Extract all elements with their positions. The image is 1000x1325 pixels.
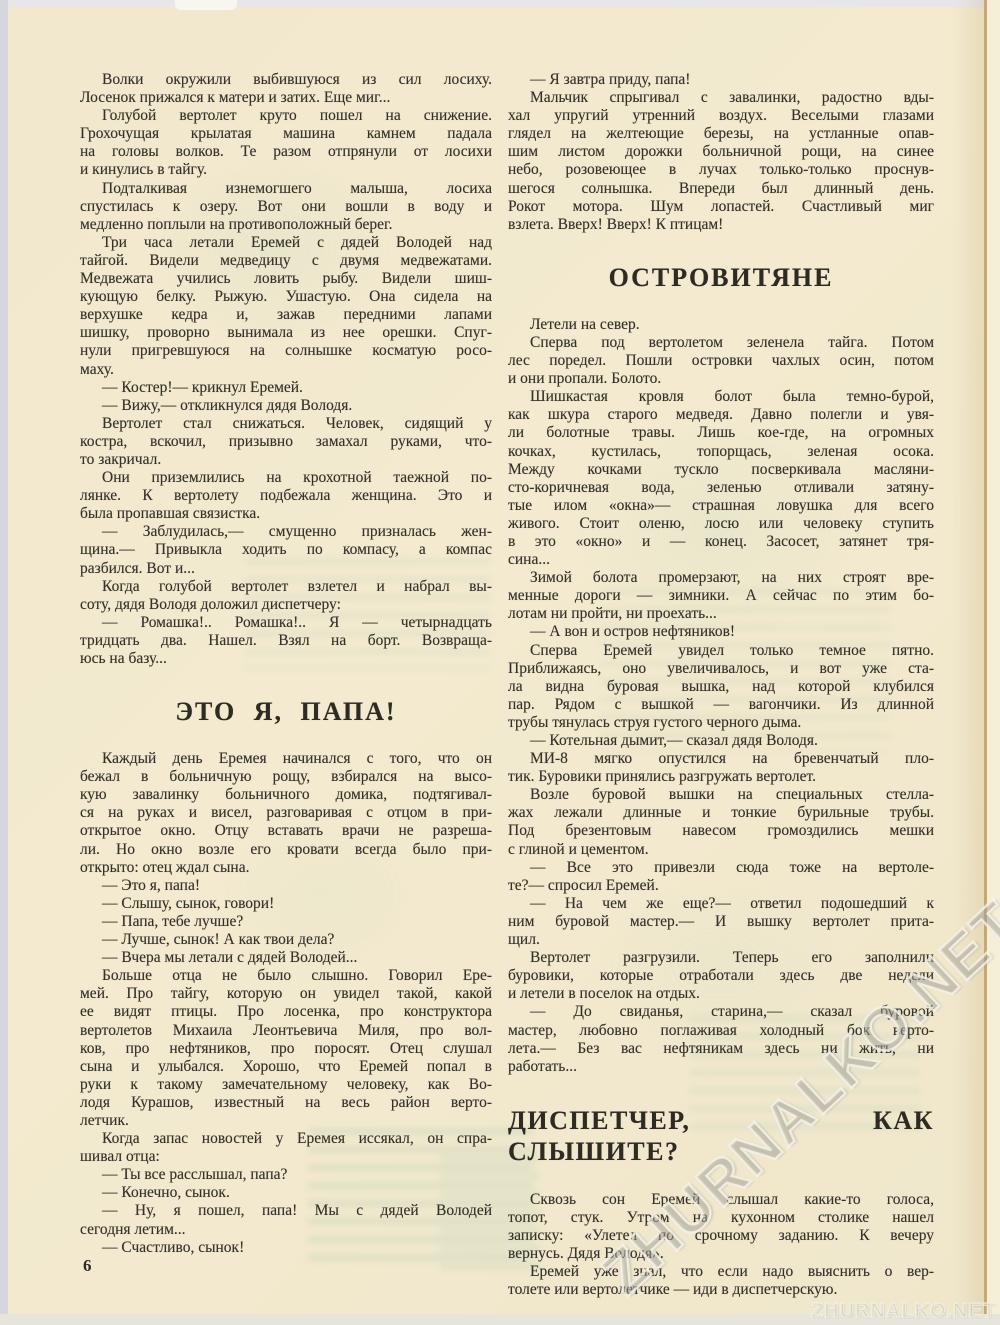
paragraph: Три часа летали Еремей с дядей Володей н… [80,234,492,379]
text-line: Голубой вертолет круто пошел на снижение… [80,107,492,125]
paragraph: Вертолет стал снижаться. Человек, сидящи… [80,415,492,469]
text-line: ла видна буровая вышка, над которой клуб… [508,678,934,696]
text-line: Медвежата учились ловить рыбу. Видели ши… [80,270,492,288]
paragraph: — Ты все расслышал, папа? [80,1166,492,1184]
text-line: Когда голубой вертолет взлетел и набрал … [80,578,492,596]
text-line: Они приземлились на крохотной таежной по… [80,469,492,487]
text-line: Грохочущая крылатая машина камнем падала [80,125,492,143]
text-line: открыто: отец ждал сына. [80,859,492,877]
text-line: ков, про нефтяников, про поросят. Отец с… [80,1040,492,1058]
text-line: вертолетов Михаила Леонтьевича Миля, про… [80,1022,492,1040]
text-line: Шишкастая кровля болот была темно-бурой, [508,388,934,406]
paragraph: — Счастливо, сынок! [80,1239,492,1257]
paragraph: — Все это привезли сюда тоже на вертоле-… [508,859,934,895]
text-line: кочках, кустилась, топорщась, зеленая ос… [508,443,934,461]
text-line: лодя Курашов, известный на весь район ве… [80,1094,492,1112]
text-line: — Вижу,— откликнулся дядя Володя. [80,397,492,415]
text-line: Подталкивая изнемогшего малыша, лосиха [80,180,492,198]
text-line: тик. Буровики принялись разгружать верто… [508,768,934,786]
text-line: лянке. К вертолету подбежала женщина. Эт… [80,487,492,505]
paragraph: — Это я, папа! [80,877,492,895]
text-line: Сквозь сон Еремей слышал какие-то голоса… [508,1191,934,1209]
text-line: тые илом «окна»— страшная ловушка для вс… [508,497,934,515]
scan-right-edge [987,0,1000,1325]
text-line: — Это я, папа! [80,877,492,895]
text-line: Волки окружили выбившуюся из сил лосиху. [80,71,492,89]
text-line: Вертолет стал снижаться. Человек, сидящи… [80,415,492,433]
paragraph: Вертолет разгрузили. Теперь его заполнил… [508,949,934,1003]
scan-top-edge [0,0,1000,7]
text-line: вернусь. Дядя Володя». [508,1245,934,1263]
text-line: Приближаясь, оно увеличивалось, и вот уж… [508,660,934,678]
text-line: бежал в больничную рощу, взбирался на вы… [80,768,492,786]
text-line: костра, вскочил, призывно замахал руками… [80,433,492,451]
text-line: хал упругий утренний воздух. Веселыми гл… [508,107,934,125]
paragraph: Они приземлились на крохотной таежной по… [80,469,492,523]
text-line: мастер, любовно поглаживая холодный бок … [508,1022,934,1040]
text-line: — Вчера мы летали с дядей Володей... [80,949,492,967]
text-line: Зимой болота промерзают, на них строят в… [508,569,934,587]
text-line: буровики, которые отработали здесь две н… [508,967,934,985]
text-line: сто-коричневая вода, зеленью отливали за… [508,479,934,497]
magazine-page: Волки окружили выбившуюся из сил лосиху.… [0,0,1000,1325]
text-line: — Ну, я пошел, папа! Мы с дядей Володей [80,1202,492,1220]
text-line: летчик. [80,1112,492,1130]
text-line: мей. Про тайгу, которую он увидел такой,… [80,985,492,1003]
paragraph: Возле буровой вышки на специальных стелл… [508,786,934,858]
text-line: Между кочками тускло посверкивала маслян… [508,461,934,479]
text-line: щил. [508,931,934,949]
text-line: глядел на желтеющие березы, на устланные… [508,125,934,143]
text-line: трубы тянулась струя густого черного дым… [508,714,934,732]
paragraph: Мальчик спрыгивал с завалинки, радостно … [508,89,934,234]
section-heading: ДИСПЕТЧЕР, КАК СЛЫШИТЕ? [508,1105,934,1167]
paragraph: Волки окружили выбившуюся из сил лосиху.… [80,71,492,107]
paragraph: — Папа, тебе лучше? [80,913,492,931]
text-line: спустилась к озеру. Вот они вошли в воду… [80,198,492,216]
text-line: и кинулись в тайгу. [80,161,492,179]
text-line: — На чем же еще?— ответил подошедший к [508,895,934,913]
text-line: Летели на север. [508,316,934,334]
paragraph: — Ну, я пошел, папа! Мы с дядей Володейс… [80,1202,492,1238]
text-line: Еремей уже знал, что если надо выяснить … [508,1263,934,1281]
text-line: — Ромашка!.. Ромашка!.. Я — четырнадцать [80,614,492,632]
paragraph: Больше отца не было слышно. Говорил Ере-… [80,967,492,1130]
text-line: Сперва Еремей увидел только темное пятно… [508,642,934,660]
paragraph: Когда запас новостей у Еремея иссякал, о… [80,1130,492,1166]
paragraph: Сквозь сон Еремей слышал какие-то голоса… [508,1191,934,1263]
text-line: ли болотные травы. Лишь кое-где, на огро… [508,424,934,442]
text-line: разбился. Вот и... [80,560,492,578]
text-line: Больше отца не было слышно. Говорил Ере- [80,967,492,985]
paragraph: — Заблудилась,— смущенно призналась жен-… [80,523,492,577]
text-line: лотам ни пройти, ни проехать... [508,605,934,623]
paragraph: Каждый день Еремея начинался с того, что… [80,750,492,877]
paragraph: Шишкастая кровля болот была темно-бурой,… [508,388,934,569]
scan-bottom-edge [0,1314,1000,1325]
text-line: Рокот мотора. Шум лопастей. Счастливый м… [508,198,934,216]
text-line: руки к такому замечательному человеку, к… [80,1076,492,1094]
text-line: сегодня летим... [80,1221,492,1239]
paragraph: Подталкивая изнемогшего малыша, лосихасп… [80,180,492,234]
text-line: работать... [508,1058,934,1076]
text-line: Мальчик спрыгивал с завалинки, радостно … [508,89,934,107]
paragraph: — Лучше, сынок! А как твои дела? [80,931,492,949]
paragraph: Сперва Еремей увидел только темное пятно… [508,642,934,732]
text-line: кующую белку. Рыжую. Ушастую. Она сидела… [80,288,492,306]
text-line: Когда запас новостей у Еремея иссякал, о… [80,1130,492,1148]
text-line: — Лучше, сынок! А как твои дела? [80,931,492,949]
paragraph: Летели на север. [508,316,934,334]
text-line: ее видят птицы. Про лосенка, про констру… [80,1003,492,1021]
text-line: МИ-8 мягко опустился на бревенчатый пло- [508,750,934,768]
text-line: Сперва под вертолетом зеленела тайга. По… [508,334,934,352]
text-line: небо, розовеющее в лучах только-только п… [508,161,934,179]
text-line: ся на руках и висел, разговаривая с отцо… [80,804,492,822]
text-line: щина.— Привыкла ходить по компасу, а ком… [80,541,492,559]
text-line: записку: «Улетел по срочному заданию. К … [508,1227,934,1245]
paragraph: — На чем же еще?— ответил подошедший кни… [508,895,934,949]
paragraph: Голубой вертолет круто пошел на снижение… [80,107,492,179]
text-line: сына и улыбался. Хорошо, что Еремей попа… [80,1058,492,1076]
text-line: была пропавшая связистка. [80,505,492,523]
text-line: ним буровой мастер.— И вышку вертолет пр… [508,913,934,931]
text-line: с глиной и цементом. [508,841,934,859]
left-column: Волки окружили выбившуюся из сил лосиху.… [80,71,492,1257]
text-line: открытое окно. Отцу вставать врачи не ра… [80,822,492,840]
text-line: Три часа летали Еремей с дядей Володей н… [80,234,492,252]
text-line: — Ты все расслышал, папа? [80,1166,492,1184]
text-line: соту, дядя Володя доложил диспетчеру: [80,596,492,614]
text-line: Вертолет разгрузили. Теперь его заполнил… [508,949,934,967]
paragraph: — Вчера мы летали с дядей Володей... [80,949,492,967]
text-line: — Счастливо, сынок! [80,1239,492,1257]
paragraph: — Котельная дымит,— сказал дядя Володя. [508,732,934,750]
paragraph: — Ромашка!.. Ромашка!.. Я — четырнадцать… [80,614,492,668]
paragraph: — Слышу, сынок, говори! [80,895,492,913]
text-line: нули пригревшуюся на солнышке косматую р… [80,342,492,360]
text-line: кую завалинку больничного домика, подтяг… [80,786,492,804]
text-line: Возле буровой вышки на специальных стелл… [508,786,934,804]
text-line: шивал отца: [80,1148,492,1166]
text-line: пар. Рядом с вышкой — вагончики. Из длин… [508,696,934,714]
text-line: Лосенок прижался к матери и затих. Еще м… [80,89,492,107]
text-line: то закричал. [80,451,492,469]
paragraph: — До свиданья, старина,— сказал буровойм… [508,1003,934,1075]
text-line: толете или вертолетчике — иди в диспетче… [508,1281,934,1299]
text-line: — Заблудилась,— смущенно призналась жен- [80,523,492,541]
text-line: те?— спросил Еремей. [508,877,934,895]
text-line: — Я завтра приду, папа! [508,71,934,89]
text-line: взлета. Вверх! Вверх! К птицам! [508,216,934,234]
text-line: медленно поплыли на противоположный бере… [80,216,492,234]
text-line: — Конечно, сынок. [80,1184,492,1202]
text-line: менные дороги — зимники. А сейчас по эти… [508,587,934,605]
paragraph: Сперва под вертолетом зеленела тайга. По… [508,334,934,388]
scan-top-notch [175,0,237,10]
text-line: лес поредел. Пошли островки чахлых осин,… [508,352,934,370]
text-line: живого. Стоит оленю, лосю или человеку с… [508,515,934,533]
paragraph: — Костер!— крикнул Еремей. [80,379,492,397]
text-line: маху. [80,361,492,379]
paragraph: — Я завтра приду, папа! [508,71,934,89]
scan-left-edge [0,0,8,1325]
paragraph: Еремей уже знал, что если надо выяснить … [508,1263,934,1299]
text-line: Каждый день Еремея начинался с того, что… [80,750,492,768]
text-line: — До свиданья, старина,— сказал буровой [508,1003,934,1021]
text-line: — Костер!— крикнул Еремей. [80,379,492,397]
text-line: жах лежали длинные и тонкие бурильные тр… [508,804,934,822]
section-heading: ЭТО Я, ПАПА! [80,696,492,727]
text-line: ли. Но окно возле его кровати всегда был… [80,841,492,859]
text-line: тайгой. Видели медведицу с двумя медвежа… [80,252,492,270]
paragraph: — Вижу,— откликнулся дядя Володя. [80,397,492,415]
text-line: — Папа, тебе лучше? [80,913,492,931]
paragraph: Когда голубой вертолет взлетел и набрал … [80,578,492,614]
text-line: и летели в поселок на отдых. [508,985,934,1003]
text-line: — Котельная дымит,— сказал дядя Володя. [508,732,934,750]
text-line: шим листом дорожки больничной рощи, на с… [508,143,934,161]
paragraph: Зимой болота промерзают, на них строят в… [508,569,934,623]
text-line: на головы волков. Те разом отпрянули от … [80,143,492,161]
text-line: юсь на базу... [80,650,492,668]
right-column: — Я завтра приду, папа!Мальчик спрыгивал… [508,71,934,1299]
text-line: как шкура старого медведя. Давно полегли… [508,406,934,424]
paragraph: — А вон и остров нефтяников! [508,623,934,641]
paragraph: МИ-8 мягко опустился на бревенчатый пло-… [508,750,934,786]
text-line: тридцать два. Нашел. Взял на борт. Возвр… [80,632,492,650]
page-number: 6 [83,1256,92,1276]
text-line: Под брезентовым навесом громоздились меш… [508,822,934,840]
text-line: шегося солнышка. Впереди был длинный ден… [508,180,934,198]
text-line: сина... [508,551,934,569]
text-line: и они пропали. Болото. [508,370,934,388]
text-line: шишку, проворно вынимала из нее орешки. … [80,324,492,342]
text-line: — Слышу, сынок, говори! [80,895,492,913]
page-fold-shading [952,0,984,1325]
text-line: верхушке кедра и, зажав передними лапами [80,306,492,324]
text-line: — А вон и остров нефтяников! [508,623,934,641]
text-line: в это «окно» и — конец. Засосет, затянет… [508,533,934,551]
text-line: топот, стук. Утром на кухонном столике н… [508,1209,934,1227]
text-line: лета.— Без вас нефтяникам здесь ни жить,… [508,1040,934,1058]
paragraph: — Конечно, сынок. [80,1184,492,1202]
section-heading: ОСТРОВИТЯНЕ [508,262,934,293]
text-line: — Все это привезли сюда тоже на вертоле- [508,859,934,877]
